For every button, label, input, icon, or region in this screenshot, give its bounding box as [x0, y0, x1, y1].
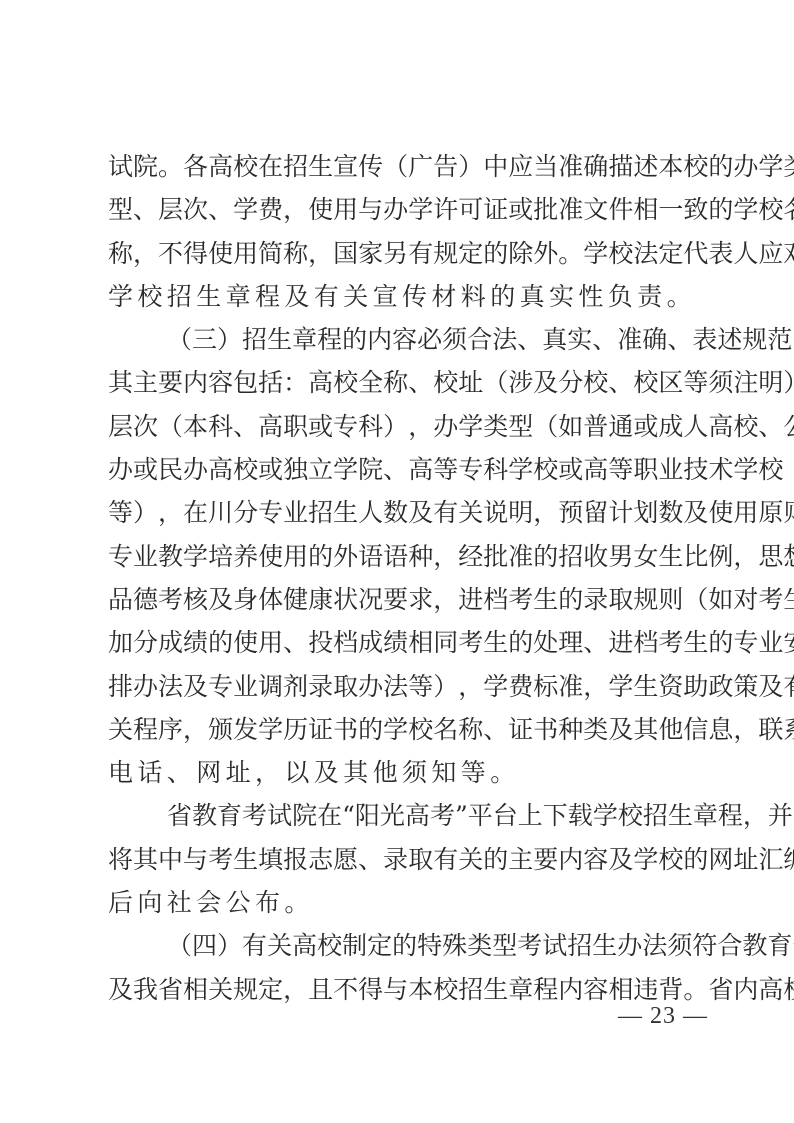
text-line: 关程序，颁发学历证书的学校名称、证书种类及其他信息，联系 [108, 708, 698, 751]
document-page: 试院。各高校在招生宣传（广告）中应当准确描述本校的办学类型、层次、学费，使用与办… [0, 0, 794, 1123]
text-line: 等），在川分专业招生人数及有关说明，预留计划数及使用原则， [108, 491, 698, 534]
text-line: 层次（本科、高职或专科），办学类型（如普通或成人高校、公 [108, 405, 698, 448]
text-line: 办或民办高校或独立学院、高等专科学校或高等职业技术学校 [108, 448, 698, 491]
text-line: 省教育考试院在“阳光高考”平台上下载学校招生章程，并 [108, 794, 698, 837]
text-line: 专业教学培养使用的外语语种，经批准的招收男女生比例，思想 [108, 535, 698, 578]
body-text: 试院。各高校在招生宣传（广告）中应当准确描述本校的办学类型、层次、学费，使用与办… [108, 145, 698, 1011]
text-line: 电话、网址，以及其他须知等。 [108, 751, 698, 794]
text-line: 称，不得使用简称，国家另有规定的除外。学校法定代表人应对 [108, 232, 698, 275]
page-number: — 23 — [618, 1003, 708, 1030]
text-line: 型、层次、学费，使用与办学许可证或批准文件相一致的学校名 [108, 188, 698, 231]
text-line: 后向社会公布。 [108, 881, 698, 924]
text-line: 其主要内容包括：高校全称、校址（涉及分校、校区等须注明）， [108, 361, 698, 404]
text-line: 及我省相关规定，且不得与本校招生章程内容相违背。省内高校 [108, 968, 698, 1011]
text-line: （三）招生章程的内容必须合法、真实、准确、表述规范， [108, 318, 698, 361]
text-line: 加分成绩的使用、投档成绩相同考生的处理、进档考生的专业安 [108, 621, 698, 664]
text-line: 品德考核及身体健康状况要求，进档考生的录取规则（如对考生 [108, 578, 698, 621]
text-line: 学校招生章程及有关宣传材料的真实性负责。 [108, 275, 698, 318]
text-line: 排办法及专业调剂录取办法等），学费标准，学生资助政策及有 [108, 665, 698, 708]
text-line: 试院。各高校在招生宣传（广告）中应当准确描述本校的办学类 [108, 145, 698, 188]
text-line: （四）有关高校制定的特殊类型考试招生办法须符合教育部 [108, 924, 698, 967]
text-line: 将其中与考生填报志愿、录取有关的主要内容及学校的网址汇编 [108, 838, 698, 881]
